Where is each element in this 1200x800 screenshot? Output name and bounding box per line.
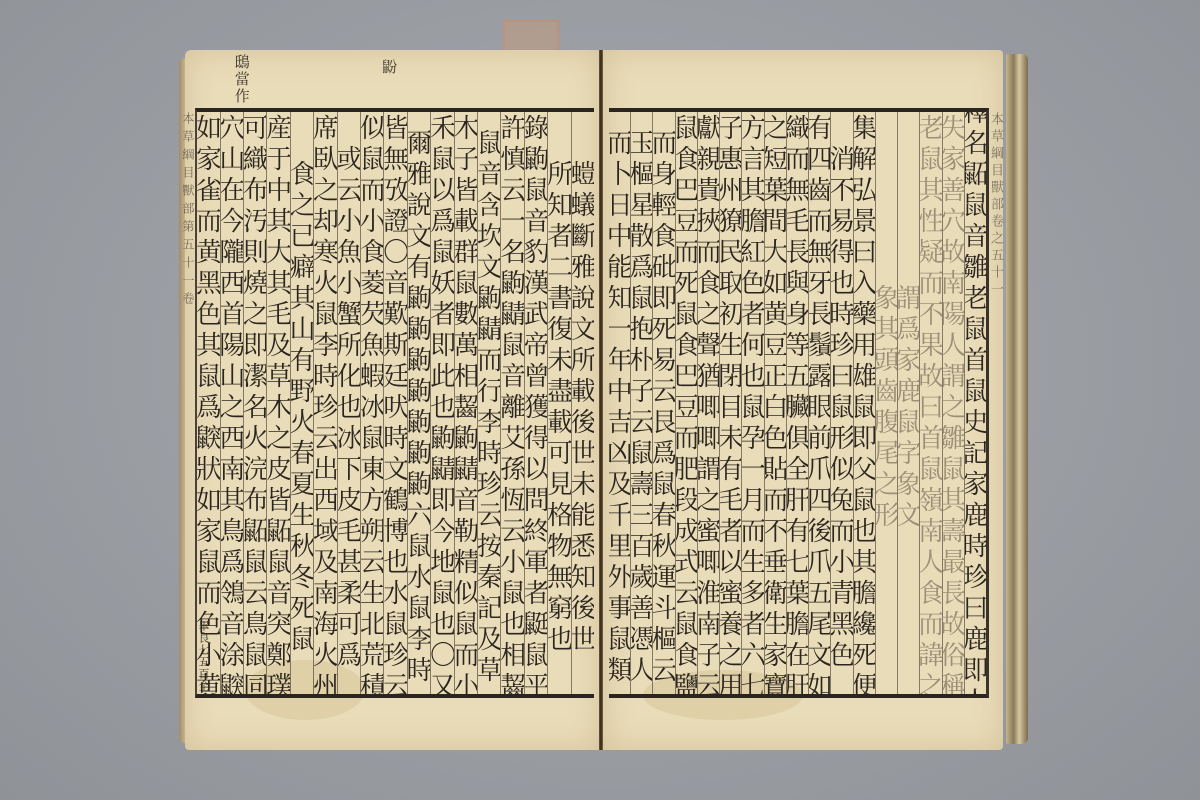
text-column: 禾鼠以爲鼠妖者即此也鼩鼱即今地鼠也〇又	[430, 112, 453, 694]
text-column: 而身輕食砒即死易云艮爲鼠春秋運斗樞云	[652, 112, 674, 694]
text-column: 消不易得也時珍曰鼠形似兔而小青黑色	[830, 112, 852, 694]
text-column: 所知者二書復未盡載可見格物無窮也	[547, 112, 570, 694]
page-edge-right	[1006, 54, 1028, 744]
text-column: 釋名鼫鼠音雛老鼠首鼠史記家鹿時珍曰鹿即人	[964, 112, 986, 694]
text-column: 螘蟻斷雅說文所載後世未能悉知後世	[571, 112, 594, 694]
text-column: 失家善穴故南陽人謂之雛鼠其壽最長故俗稱	[942, 112, 964, 694]
text-column: 食之已癖其山有野火春夏生秋冬死鼠	[290, 112, 313, 694]
left-page: 鴟當作 鼢 本草綱目獸部第五十一卷 螘蟻斷雅說文所載後世未能悉知後世 所知者二書…	[185, 50, 600, 750]
left-columns: 螘蟻斷雅說文所載後世未能悉知後世 所知者二書復未盡載可見格物無窮也 附錄鼩鼠音豹…	[197, 112, 594, 694]
text-column: 集解弘景曰入藥用雄鼠即父鼠也其膽纔死便	[853, 112, 875, 694]
text-column: 或云小魚小蟹所化也冰下皮毛甚柔可爲	[337, 112, 360, 694]
text-column: 方言其膽紅色者何也鼠孕一月而生多者六七	[741, 112, 763, 694]
text-column: 穴山在今隴西首陽山之西南其鳥爲鴒音涂鼵	[220, 112, 243, 694]
text-column: 如家雀而黄黑色其鼠爲鼵狀如家鼠而色小黄	[197, 112, 219, 694]
book-spread: 鴟當作 鼢 本草綱目獸部第五十一卷 螘蟻斷雅說文所載後世未能悉知後世 所知者二書…	[185, 50, 1020, 750]
text-column: 謂爲家鹿鼠字象文	[897, 112, 919, 694]
text-column: 似鼠而小食菱芡魚蝦冰鼠東方朔云生北荒積	[360, 112, 383, 694]
text-column: 産于中其大其毛及草木之皮皆鼫鼠音突鄭璞	[266, 112, 289, 694]
text-column: 鼠食巴豆而死鼠食巴豆而肥段成式云鼠食鹽	[675, 112, 697, 694]
left-text-frame: 螘蟻斷雅說文所載後世未能悉知後世 所知者二書復未盡載可見格物無窮也 附錄鼩鼠音豹…	[195, 108, 594, 698]
text-column: 而卜日中能知一年中吉凶及千里外事鼠類	[609, 112, 630, 694]
margin-note: 鴟當作	[233, 54, 249, 106]
text-column: 玉樞星散爲鼠抱朴子云鼠壽三百歲善憑人	[630, 112, 652, 694]
text-column: 爾雅說文有鼩鼩鼩鼩鼩鼩鼩六鼠水鼠李時	[407, 112, 430, 694]
text-column: 附錄鼩鼠音豹漢武帝曾獲得以問終軍者鼮鼠平音	[524, 112, 547, 694]
text-column: 木子皆載群鼠數萬相齧鼩鼱音勒精似鼠而小	[454, 112, 477, 694]
text-column: 象其頭齒腹尾之形	[875, 112, 897, 694]
text-column: 子惠州獠民取初生閉目未有毛者以蜜養之用	[719, 112, 741, 694]
text-column: 獻親貴挾而食之聲猶唧唧謂之蜜唧淮南子云	[697, 112, 719, 694]
text-column: 皆無攷證〇音歎斯廷吠時文鶴博也水鼠珍云	[383, 112, 406, 694]
text-column: 老鼠其性疑而不果故曰首鼠嶺南人食而諱之	[919, 112, 941, 694]
text-column: 可織布汚則燒之即潔名火浣布鼫鼠云鳥鼠同	[243, 112, 266, 694]
right-side-title: 本草綱目獸部卷之五十一	[989, 112, 1005, 392]
leaf-number: 畢良七五百全	[195, 620, 211, 692]
text-column: 有四齒而無牙長鬚露眼前爪四後爪五尾文如	[808, 112, 830, 694]
right-page: 本草綱目獸部卷之五十一 釋名鼫鼠音雛老鼠首鼠史記家鹿時珍曰鹿即人 失家善穴故南陽…	[603, 50, 1003, 750]
header-character: 鼢	[382, 56, 397, 77]
text-column: 之短葉間大如黄豆正白色貼而不垂衛生家寶	[764, 112, 786, 694]
text-column: 鼠音含坎文鼩鼱而行李時珍云按秦記及草	[477, 112, 500, 694]
right-columns: 釋名鼫鼠音雛老鼠首鼠史記家鹿時珍曰鹿即人 失家善穴故南陽人謂之雛鼠其壽最長故俗稱…	[609, 112, 986, 694]
text-column: 席臥之却寒火鼠李時珍云出西域及南海火州	[313, 112, 336, 694]
text-column: 織而無毛長與身等五臟俱全肝有七葉膽在肝	[786, 112, 808, 694]
text-column: 許慎云一名鼩鼱鼠音離艾孫恆云小鼠也相齧	[500, 112, 523, 694]
right-text-frame: 釋名鼫鼠音雛老鼠首鼠史記家鹿時珍曰鹿即人 失家善穴故南陽人謂之雛鼠其壽最長故俗稱…	[609, 108, 989, 698]
